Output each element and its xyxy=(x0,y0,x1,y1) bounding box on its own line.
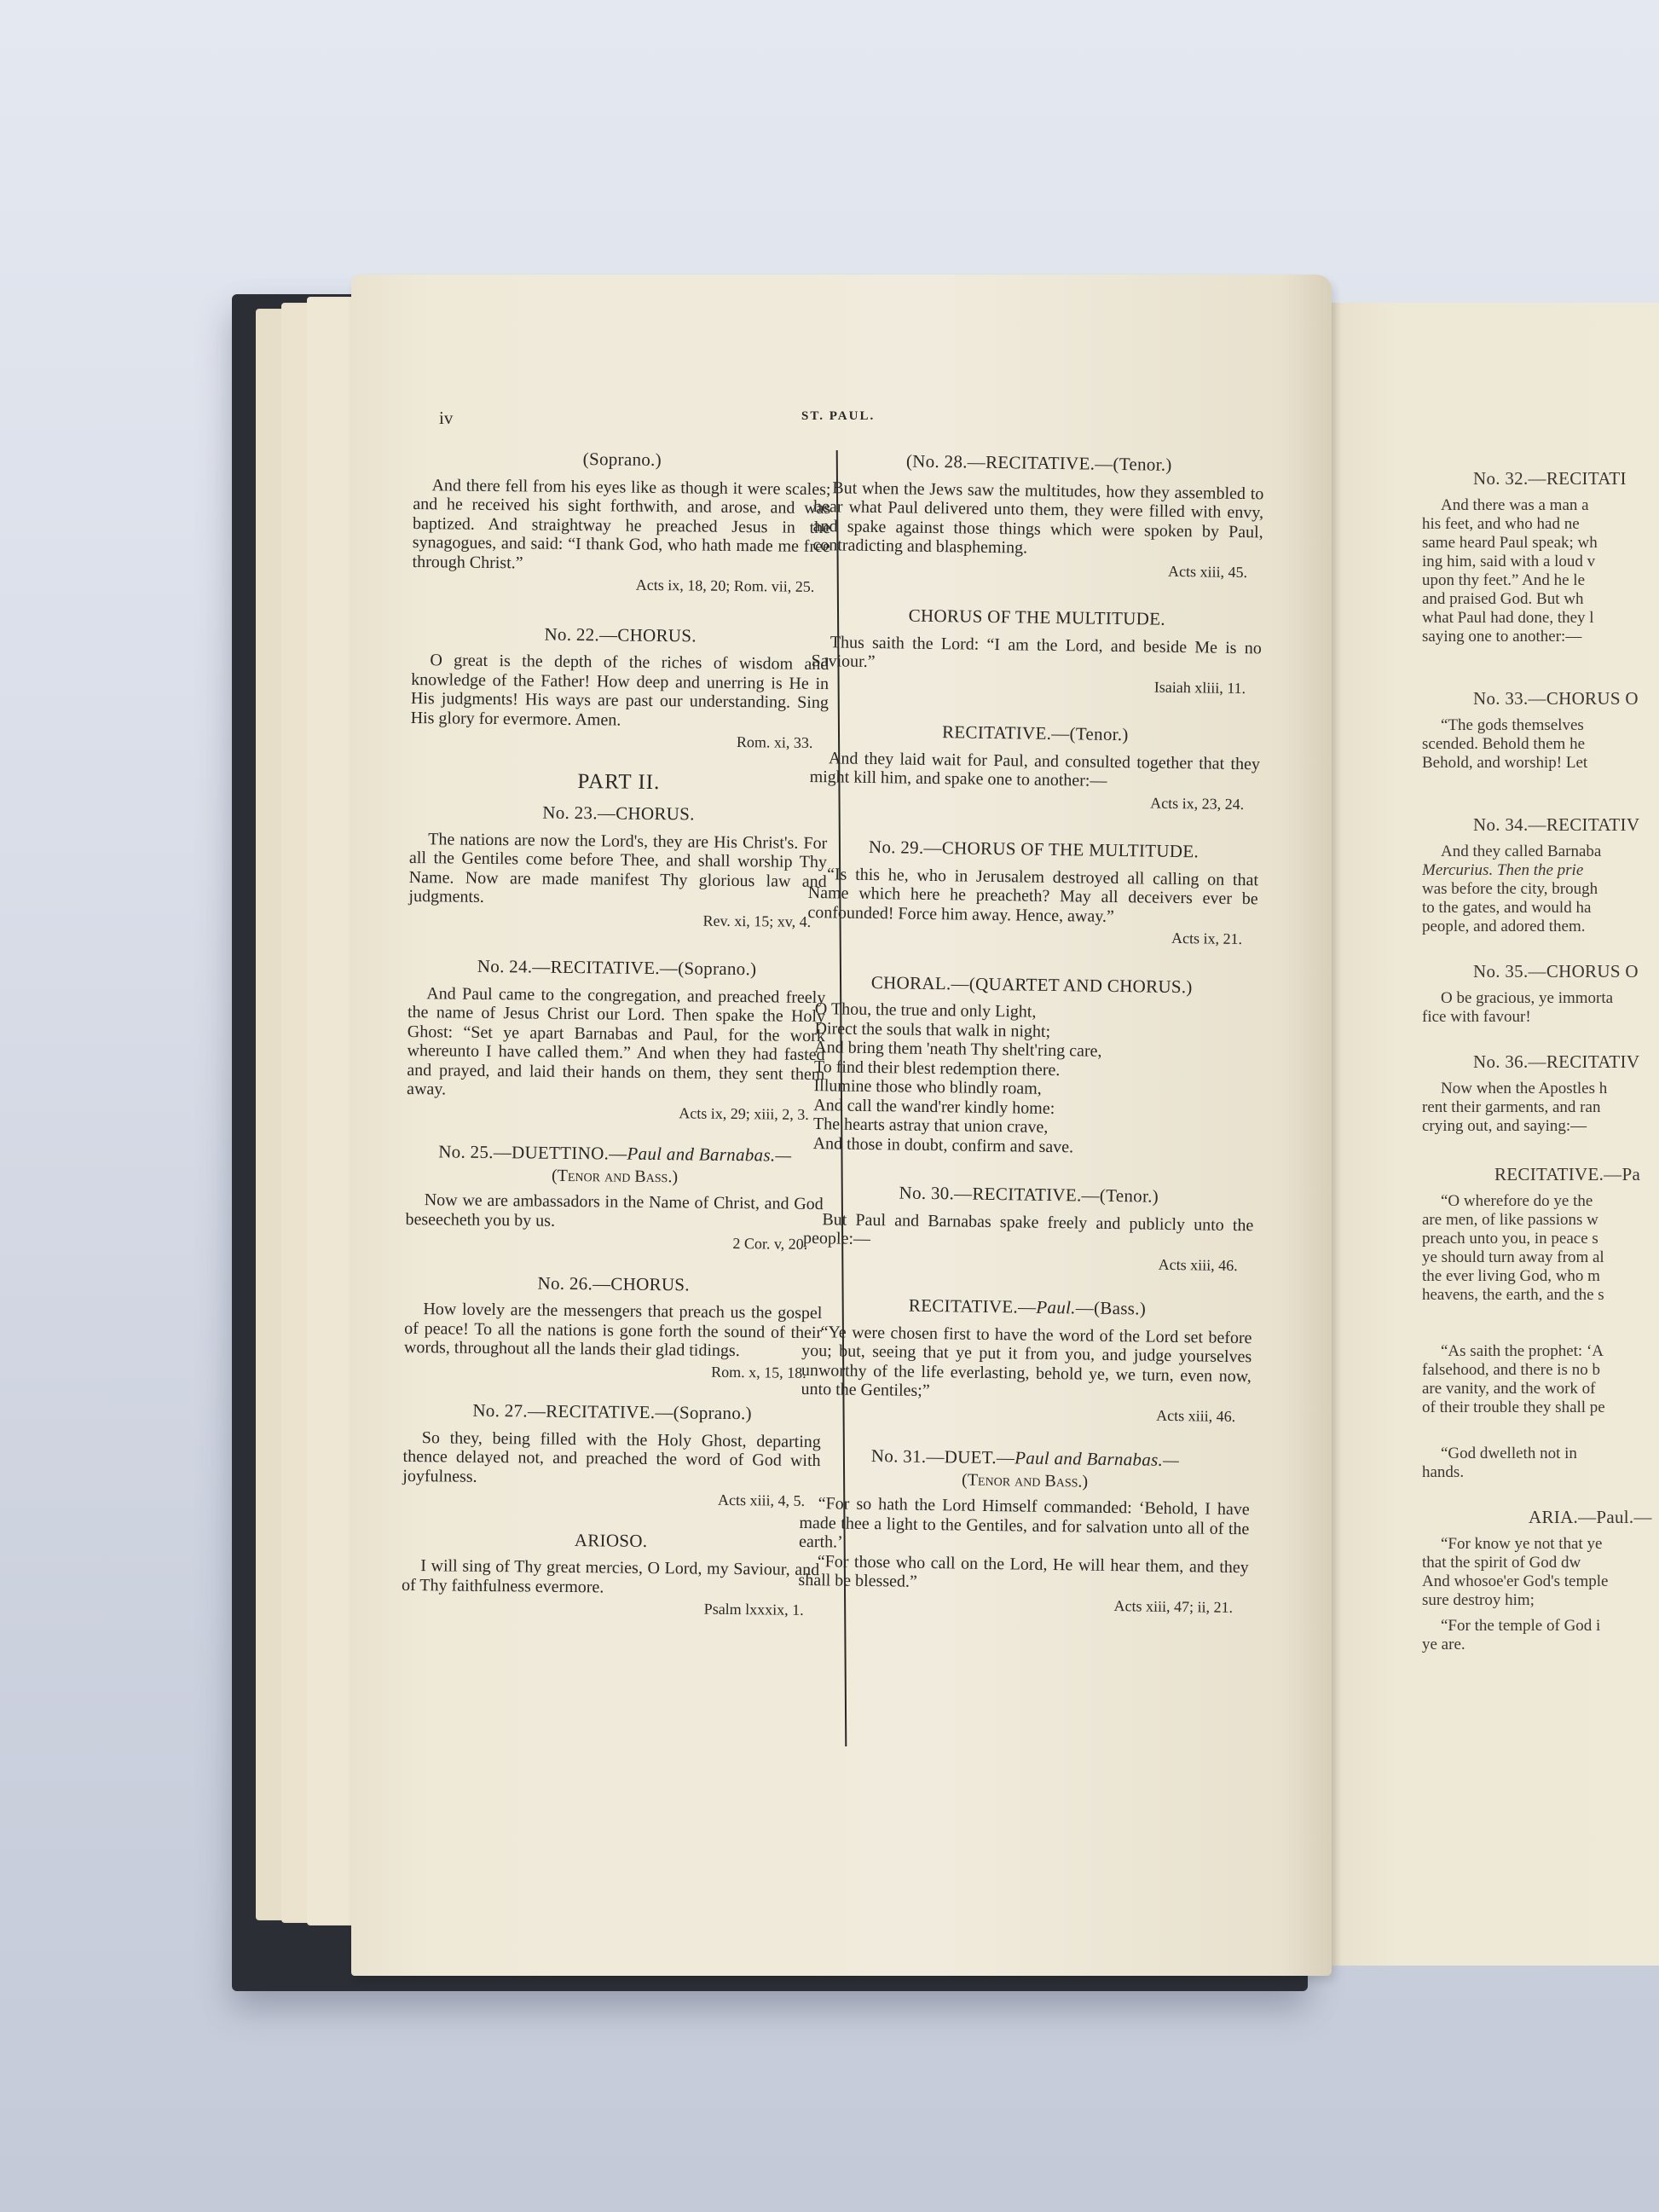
section-recitative-tenor: RECITATIVE.—(Tenor.) And they laid wait … xyxy=(809,721,1260,814)
section-text: “Ye were chosen first to have the word o… xyxy=(801,1322,1251,1404)
heading-text: RECITATIVE.— xyxy=(909,1295,1037,1317)
section-heading: CHORAL.—(QUARTET AND CHORUS.) xyxy=(806,971,1257,997)
facing-section-no-33: No. 33.—CHORUS O “The gods themselves sc… xyxy=(1422,689,1659,773)
section-no-25: No. 25.—DUETTINO.—Paul and Barnabas.— (T… xyxy=(405,1142,824,1254)
section-heading: No. 24.—RECITATIVE.—(Soprano.) xyxy=(408,956,826,980)
scripture-reference: Acts ix, 18, 20; Rom. vii, 25. xyxy=(412,573,829,597)
section-chorus-multitude: CHORUS OF THE MULTITUDE. Thus saith the … xyxy=(811,605,1262,698)
text-line: And there was a man a xyxy=(1422,496,1659,515)
facing-section-recitative-paul: RECITATIVE.—Pa “O wherefore do ye the ar… xyxy=(1422,1165,1659,1305)
section-no-24: No. 24.—RECITATIVE.—(Soprano.) And Paul … xyxy=(407,956,826,1124)
section-heading: ARIA.—Paul.— xyxy=(1422,1508,1659,1526)
text-line: “O wherefore do ye the xyxy=(1422,1192,1659,1211)
section-no-26: No. 26.—CHORUS. How lovely are the messe… xyxy=(404,1271,823,1382)
section-heading: No. 36.—RECITATIV xyxy=(1422,1052,1659,1071)
text-line: fice with favour! xyxy=(1422,1008,1659,1027)
text-line: his feet, and who had ne xyxy=(1422,515,1659,534)
scripture-reference: Acts ix, 23, 24. xyxy=(809,788,1259,814)
text-line: upon thy feet.” And he le xyxy=(1422,571,1659,590)
section-heading: No. 27.—RECITATIVE.—(Soprano.) xyxy=(403,1400,821,1424)
text-line: saying one to another:— xyxy=(1422,628,1659,646)
text-line: ye are. xyxy=(1422,1636,1659,1654)
section-heading: No. 30.—RECITATIVE.—(Tenor.) xyxy=(804,1182,1254,1207)
running-head: iv ST. PAUL. xyxy=(439,408,1257,433)
facing-section-no-32: No. 32.—RECITATI And there was a man a h… xyxy=(1422,469,1659,646)
section-text: But when the Jews saw the multitudes, ho… xyxy=(812,478,1263,560)
section-heading: No. 22.—CHORUS. xyxy=(412,622,829,646)
heading-performer: Paul. xyxy=(1036,1297,1076,1318)
section-arioso: ARIOSO. I will sing of Thy great mercies… xyxy=(402,1528,820,1619)
scripture-reference: Acts xiii, 4, 5. xyxy=(402,1487,820,1511)
section-no-23: No. 23.—CHORUS. The nations are now the … xyxy=(408,802,828,931)
section-heading: CHORUS OF THE MULTITUDE. xyxy=(812,605,1262,630)
text-line: the ever living God, who m xyxy=(1422,1267,1659,1286)
section-subheading: (Tenor and Bass.) xyxy=(800,1468,1250,1493)
section-text: “For so hath the Lord Himself commanded:… xyxy=(799,1494,1250,1558)
page-number: iv xyxy=(439,408,453,429)
section-heading: RECITATIVE.—Pa xyxy=(1422,1165,1659,1184)
scripture-reference: Acts xiii, 46. xyxy=(803,1249,1253,1275)
scripture-reference: Isaiah xliii, 11. xyxy=(811,672,1261,698)
hymn-verse: O Thou, the true and only Light, Direct … xyxy=(804,999,1256,1159)
scripture-reference: Acts ix, 29; xiii, 2, 3. xyxy=(407,1100,824,1124)
section-no-30: No. 30.—RECITATIVE.—(Tenor.) But Paul an… xyxy=(803,1182,1254,1275)
text-line: falsehood, and there is no b xyxy=(1422,1361,1659,1380)
text-line: hands. xyxy=(1422,1463,1659,1482)
section-heading: No. 29.—CHORUS OF THE MULTITUDE. xyxy=(808,837,1258,862)
right-column: (No. 28.—RECITATIVE.—(Tenor.) But when t… xyxy=(798,450,1264,1639)
text-line: Mercurius. Then the prie xyxy=(1422,861,1659,880)
section-heading: (Soprano.) xyxy=(413,448,831,472)
scripture-reference: Rom. x, 15, 18. xyxy=(404,1358,822,1382)
section-heading: ARIOSO. xyxy=(402,1528,819,1552)
section-text: Thus saith the Lord: “I am the Lord, and… xyxy=(811,632,1262,676)
text-line: “The gods themselves xyxy=(1422,716,1659,735)
scripture-reference: Acts xiii, 46. xyxy=(801,1400,1251,1426)
part-title: PART II. xyxy=(410,770,828,794)
text-line: to the gates, and would ha xyxy=(1422,899,1659,918)
section-text: And there fell from his eyes like as tho… xyxy=(412,475,830,576)
scripture-reference: Rev. xi, 15; xv, 4. xyxy=(408,907,826,931)
text-line: “For know ye not that ye xyxy=(1422,1535,1659,1554)
text-line: Behold, and worship! Let xyxy=(1422,754,1659,773)
text-line: “For the temple of God i xyxy=(1422,1617,1659,1636)
section-heading: No. 35.—CHORUS O xyxy=(1422,962,1659,981)
text-line: “God dwelleth not in xyxy=(1422,1445,1659,1463)
scripture-reference: Acts ix, 21. xyxy=(807,924,1257,949)
text-line: preach unto you, in peace s xyxy=(1422,1230,1659,1248)
section-no-22: No. 22.—CHORUS. O great is the depth of … xyxy=(410,622,829,752)
scripture-reference: Rom. xi, 33. xyxy=(410,729,828,753)
text-line: are vanity, and the work of xyxy=(1422,1380,1659,1398)
section-text: “Is this he, who in Jerusalem destroyed … xyxy=(807,864,1258,928)
scripture-reference: Acts xiii, 47; ii, 21. xyxy=(798,1591,1248,1617)
text-line: and praised God. But wh xyxy=(1422,590,1659,609)
section-no-29: No. 29.—CHORUS OF THE MULTITUDE. “Is thi… xyxy=(807,837,1259,949)
text-line: And they called Barnaba xyxy=(1422,843,1659,861)
section-choral: CHORAL.—(QUARTET AND CHORUS.) O Thou, th… xyxy=(804,971,1257,1159)
heading-performers: Paul and Barnabas.— xyxy=(1014,1447,1179,1470)
section-heading: No. 25.—DUETTINO.—Paul and Barnabas.— xyxy=(406,1142,824,1166)
section-heading: No. 33.—CHORUS O xyxy=(1422,689,1659,708)
section-heading: RECITATIVE.—Paul.—(Bass.) xyxy=(802,1294,1252,1320)
text-line: of their trouble they shall pe xyxy=(1422,1398,1659,1417)
text-line: “As saith the prophet: ‘A xyxy=(1422,1342,1659,1361)
section-text: But Paul and Barnabas spake freely and p… xyxy=(803,1209,1254,1254)
section-text: Now we are ambassadors in the Name of Ch… xyxy=(405,1190,823,1233)
text-line: And whosoe'er God's temple xyxy=(1422,1572,1659,1591)
text-line: that the spirit of God dw xyxy=(1422,1554,1659,1572)
text-line: heavens, the earth, and the s xyxy=(1422,1286,1659,1305)
left-column: (Soprano.) And there fell from his eyes … xyxy=(401,448,831,1642)
text-line: rent their garments, and ran xyxy=(1422,1098,1659,1117)
text-line: same heard Paul speak; wh xyxy=(1422,534,1659,553)
scripture-reference: 2 Cor. v, 20. xyxy=(405,1230,823,1254)
section-text-continued: “For those who call on the Lord, He will… xyxy=(798,1551,1249,1595)
section-heading: No. 32.—RECITATI xyxy=(1422,469,1659,488)
section-heading: No. 26.—CHORUS. xyxy=(405,1271,823,1295)
section-subheading: (Tenor and Bass.) xyxy=(406,1164,824,1188)
section-heading: RECITATIVE.—(Tenor.) xyxy=(810,721,1260,746)
facing-section-no-35: No. 35.—CHORUS O O be gracious, ye immor… xyxy=(1422,962,1659,1027)
text-line: crying out, and saying:— xyxy=(1422,1117,1659,1136)
heading-text: No. 25.—DUETTINO.— xyxy=(438,1141,627,1163)
section-text: So they, being filled with the Holy Ghos… xyxy=(402,1427,821,1490)
section-recitative-paul: RECITATIVE.—Paul.—(Bass.) “Ye were chose… xyxy=(801,1294,1252,1426)
text-line: sure destroy him; xyxy=(1422,1591,1659,1610)
section-text: The nations are now the Lord's, they are… xyxy=(408,829,827,910)
text-line: scended. Behold them he xyxy=(1422,735,1659,754)
running-title: ST. PAUL. xyxy=(801,409,875,424)
facing-section-no-34: No. 34.—RECITATIV And they called Barnab… xyxy=(1422,815,1659,936)
heading-text: No. 31.—DUET.— xyxy=(871,1445,1015,1468)
text-line: people, and adored them. xyxy=(1422,918,1659,936)
section-no-27: No. 27.—RECITATIVE.—(Soprano.) So they, … xyxy=(402,1400,821,1511)
section-text: And Paul came to the congregation, and p… xyxy=(407,983,825,1103)
facing-paragraph: “As saith the prophet: ‘A falsehood, and… xyxy=(1422,1342,1659,1417)
section-heading: No. 23.—CHORUS. xyxy=(409,802,827,825)
text-line: was before the city, brough xyxy=(1422,880,1659,899)
text-line: ing him, said with a loud v xyxy=(1422,553,1659,571)
facing-section-no-36: No. 36.—RECITATIV Now when the Apostles … xyxy=(1422,1052,1659,1136)
section-text: And they laid wait for Paul, and consult… xyxy=(809,748,1260,792)
section-heading: No. 31.—DUET.—Paul and Barnabas.— xyxy=(800,1445,1250,1471)
text-line: Now when the Apostles h xyxy=(1422,1080,1659,1098)
scripture-reference: Psalm lxxxix, 1. xyxy=(402,1596,819,1620)
facing-section-aria: ARIA.—Paul.— “For know ye not that ye th… xyxy=(1422,1508,1659,1654)
text-line: what Paul had done, they l xyxy=(1422,609,1659,628)
text-line: ye should turn away from al xyxy=(1422,1248,1659,1267)
section-no-31: No. 31.—DUET.—Paul and Barnabas.— (Tenor… xyxy=(798,1445,1251,1617)
section-no-28: (No. 28.—RECITATIVE.—(Tenor.) But when t… xyxy=(812,450,1264,582)
section-soprano: (Soprano.) And there fell from his eyes … xyxy=(412,448,831,597)
heading-performers: Paul and Barnabas.— xyxy=(627,1144,791,1166)
section-text: O great is the depth of the riches of wi… xyxy=(411,651,829,732)
heading-voice: —(Bass.) xyxy=(1076,1297,1147,1318)
section-text: I will sing of Thy great mercies, O Lord… xyxy=(402,1556,819,1599)
facing-page-column: No. 32.—RECITATI And there was a man a h… xyxy=(1422,469,1659,1680)
text-line: are men, of like passions w xyxy=(1422,1211,1659,1230)
text-line: O be gracious, ye immorta xyxy=(1422,989,1659,1008)
section-text: How lovely are the messengers that preac… xyxy=(404,1300,823,1362)
scripture-reference: Acts xiii, 45. xyxy=(812,556,1263,582)
facing-paragraph: “God dwelleth not in hands. xyxy=(1422,1445,1659,1482)
section-heading: No. 34.—RECITATIV xyxy=(1422,815,1659,834)
